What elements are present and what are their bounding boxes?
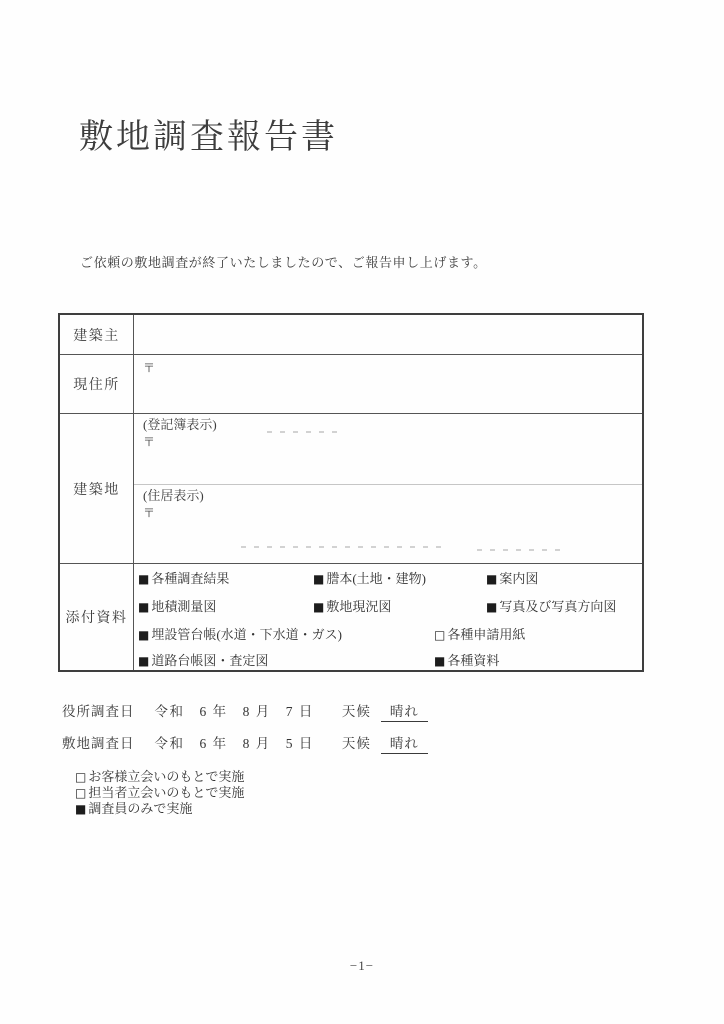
site-survey-table: 建築主 現住所 〒 建築地 (登記簿表示) 〒 <box>58 313 644 672</box>
attachment-item: ■地積測量図 <box>138 596 216 615</box>
page-number: −1− <box>0 958 724 974</box>
office-survey-date-line: 役所調査日 令和 6 年 8 月 7 日 天候 晴れ <box>62 700 428 722</box>
office-survey-date-label: 役所調査日 <box>62 700 135 720</box>
attachment-label: 敷地現況図 <box>326 599 391 614</box>
attachment-label: 各種調査結果 <box>151 571 229 586</box>
postal-mark-icon: 〒 <box>143 435 155 449</box>
attachment-item: ■敷地現況図 <box>313 596 391 615</box>
checkbox-empty-icon: □ <box>75 786 86 800</box>
attachment-item: ■各種資料 <box>434 650 499 669</box>
conduct-option: ■調査員のみで実施 <box>75 801 244 817</box>
attachment-item: □各種申請用紙 <box>434 624 525 643</box>
site-survey-date-label: 敷地調査日 <box>62 732 135 752</box>
attachment-label: 謄本(土地・建物) <box>326 571 426 586</box>
registry-display-label: (登記簿表示) <box>143 417 633 433</box>
checkbox-empty-icon: □ <box>434 628 445 642</box>
attachment-item: ■写真及び写真方向図 <box>486 596 616 615</box>
attachment-label: 各種資料 <box>447 653 499 668</box>
attachment-label: 道路台帳図・査定図 <box>151 653 268 668</box>
weather-value: 晴れ <box>381 700 428 722</box>
conduct-option-label: 担当者立会いのもとで実施 <box>88 785 244 800</box>
scan-artifact <box>477 549 565 551</box>
current-address-label: 現住所 <box>60 355 134 413</box>
owner-value <box>134 315 642 354</box>
page-title: 敷地調査報告書 <box>79 109 338 158</box>
owner-label: 建築主 <box>60 315 134 354</box>
attachment-item: ■各種調査結果 <box>138 568 229 587</box>
attachment-item: ■案内図 <box>486 568 538 587</box>
site-survey-date-value: 令和 6 年 8 月 5 日 <box>155 732 314 752</box>
conduct-option: □お客様立会いのもとで実施 <box>75 769 244 785</box>
weather-label: 天候 <box>342 732 371 752</box>
conduct-option: □担当者立会いのもとで実施 <box>75 785 244 801</box>
scan-artifact <box>267 431 345 433</box>
attachment-item: ■道路台帳図・査定図 <box>138 650 268 669</box>
checkbox-filled-icon: ■ <box>138 600 149 614</box>
residence-display-section: (住居表示) 〒 <box>134 485 642 524</box>
registry-display-section: (登記簿表示) 〒 <box>134 414 642 485</box>
attachment-label: 写真及び写真方向図 <box>499 599 616 614</box>
checkbox-empty-icon: □ <box>75 770 86 784</box>
attachments-label: 添付資料 <box>60 564 134 670</box>
attachment-label: 各種申請用紙 <box>447 627 525 642</box>
attachment-label: 案内図 <box>499 571 538 586</box>
checkbox-filled-icon: ■ <box>313 572 324 586</box>
table-row-building-site: 建築地 (登記簿表示) 〒 (住居表示) 〒 <box>60 414 642 564</box>
checkbox-filled-icon: ■ <box>486 600 497 614</box>
office-survey-date-value: 令和 6 年 8 月 7 日 <box>155 700 314 720</box>
scan-artifact <box>241 546 441 548</box>
weather-value: 晴れ <box>381 732 428 754</box>
checkbox-filled-icon: ■ <box>138 628 149 642</box>
table-row-attachments: 添付資料 ■各種調査結果 ■謄本(土地・建物) ■案内図 ■地積測量図 ■敷地現… <box>60 564 642 670</box>
checkbox-filled-icon: ■ <box>434 654 445 668</box>
postal-mark-icon: 〒 <box>143 361 155 375</box>
checkbox-filled-icon: ■ <box>138 572 149 586</box>
checkbox-filled-icon: ■ <box>486 572 497 586</box>
conduct-option-label: 調査員のみで実施 <box>88 801 192 816</box>
weather-label: 天候 <box>342 700 371 720</box>
checkbox-filled-icon: ■ <box>138 654 149 668</box>
attachment-item: ■謄本(土地・建物) <box>313 568 426 587</box>
building-site-label: 建築地 <box>60 414 134 563</box>
intro-text: ご依頼の敷地調査が終了いたしましたので、ご報告申し上げます。 <box>80 252 487 271</box>
table-row-current-address: 現住所 〒 <box>60 355 642 414</box>
scanned-document-page: 敷地調査報告書 ご依頼の敷地調査が終了いたしましたので、ご報告申し上げます。 建… <box>0 0 724 1024</box>
attachments-cell: ■各種調査結果 ■謄本(土地・建物) ■案内図 ■地積測量図 ■敷地現況図 ■写… <box>134 564 642 670</box>
site-survey-date-line: 敷地調査日 令和 6 年 8 月 5 日 天候 晴れ <box>62 732 428 754</box>
postal-mark-icon: 〒 <box>143 506 155 520</box>
checkbox-filled-icon: ■ <box>313 600 324 614</box>
residence-display-label: (住居表示) <box>143 488 633 504</box>
attachment-label: 地積測量図 <box>151 599 216 614</box>
conduct-option-label: お客様立会いのもとで実施 <box>88 769 244 784</box>
checkbox-filled-icon: ■ <box>75 802 86 816</box>
conduct-checklist: □お客様立会いのもとで実施 □担当者立会いのもとで実施 ■調査員のみで実施 <box>75 769 244 818</box>
table-row-owner: 建築主 <box>60 315 642 355</box>
attachment-item: ■埋設管台帳(水道・下水道・ガス) <box>138 624 342 643</box>
attachment-label: 埋設管台帳(水道・下水道・ガス) <box>151 627 342 642</box>
